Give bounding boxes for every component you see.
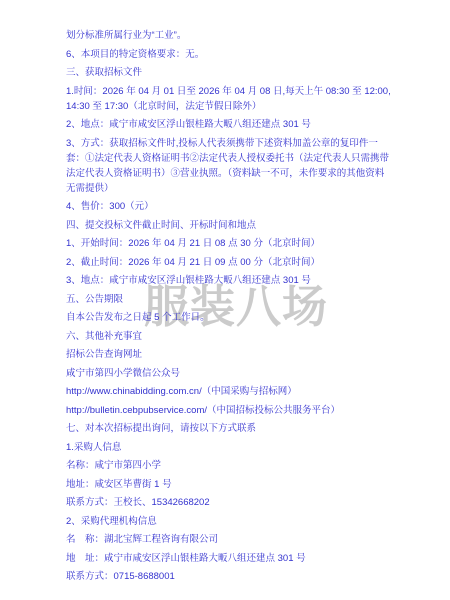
doc-text-line: 3、方式：获取招标文件时,投标人代表须携带下述资料加盖公章的复印件一套：①法定代… bbox=[66, 136, 392, 196]
doc-text-line: 3、地点：咸宁市咸安区浮山银桂路大畈八组还建点 301 号 bbox=[66, 273, 392, 288]
doc-text-line: 招标公告查询网址 bbox=[66, 347, 392, 362]
doc-text-line: 6、本项目的特定资格要求：无。 bbox=[66, 47, 392, 62]
tender-announcement-page: 服装八场 划分标准所属行业为“工业”。6、本项目的特定资格要求：无。三、获取招标… bbox=[0, 0, 450, 600]
doc-text-line: 1.采购人信息 bbox=[66, 440, 392, 455]
doc-text-line: 1、开始时间：2026 年 04 月 21 日 08 点 30 分（北京时间） bbox=[66, 236, 392, 251]
doc-text-line: 2、截止时间：2026 年 04 月 21 日 09 点 00 分（北京时间） bbox=[66, 255, 392, 270]
doc-link-line[interactable]: http://www.chinabidding.com.cn/（中国采购与招标网… bbox=[66, 384, 392, 399]
doc-text-line: 自本公告发布之日起 5 个工作日。 bbox=[66, 310, 392, 325]
doc-text-line: 名 称：湖北宝辉工程咨询有限公司 bbox=[66, 532, 392, 547]
doc-text-line: 联系方式：0715-8688001 bbox=[66, 569, 392, 584]
doc-text-line: 2、地点：咸宁市咸安区浮山银桂路大畈八组还建点 301 号 bbox=[66, 117, 392, 132]
doc-text-line: 咸宁市第四小学微信公众号 bbox=[66, 366, 392, 381]
doc-text-line: 地址：咸安区毕曹街 1 号 bbox=[66, 477, 392, 492]
doc-text-line: 4、售价：300（元） bbox=[66, 199, 392, 214]
document-body: 划分标准所属行业为“工业”。6、本项目的特定资格要求：无。三、获取招标文件1.时… bbox=[66, 28, 392, 588]
doc-heading-line: 四、提交投标文件截止时间、开标时间和地点 bbox=[66, 218, 392, 233]
doc-heading-line: 三、获取招标文件 bbox=[66, 65, 392, 80]
doc-heading-line: 六、其他补充事宜 bbox=[66, 329, 392, 344]
doc-text-line: 划分标准所属行业为“工业”。 bbox=[66, 28, 392, 43]
doc-text-line: 名称：咸宁市第四小学 bbox=[66, 458, 392, 473]
doc-link-line[interactable]: http://bulletin.cebpubservice.com/（中国招标投… bbox=[66, 403, 392, 418]
doc-heading-line: 五、公告期限 bbox=[66, 292, 392, 307]
doc-text-line: 2、采购代理机构信息 bbox=[66, 514, 392, 529]
doc-text-line: 联系方式：王校长、15342668202 bbox=[66, 495, 392, 510]
doc-text-line: 1.时间：2026 年 04 月 01 日至 2026 年 04 月 08 日,… bbox=[66, 84, 392, 114]
doc-heading-line: 七、对本次招标提出询问，请按以下方式联系 bbox=[66, 421, 392, 436]
doc-text-line: 地 址：咸宁市咸安区浮山银桂路大畈八组还建点 301 号 bbox=[66, 551, 392, 566]
